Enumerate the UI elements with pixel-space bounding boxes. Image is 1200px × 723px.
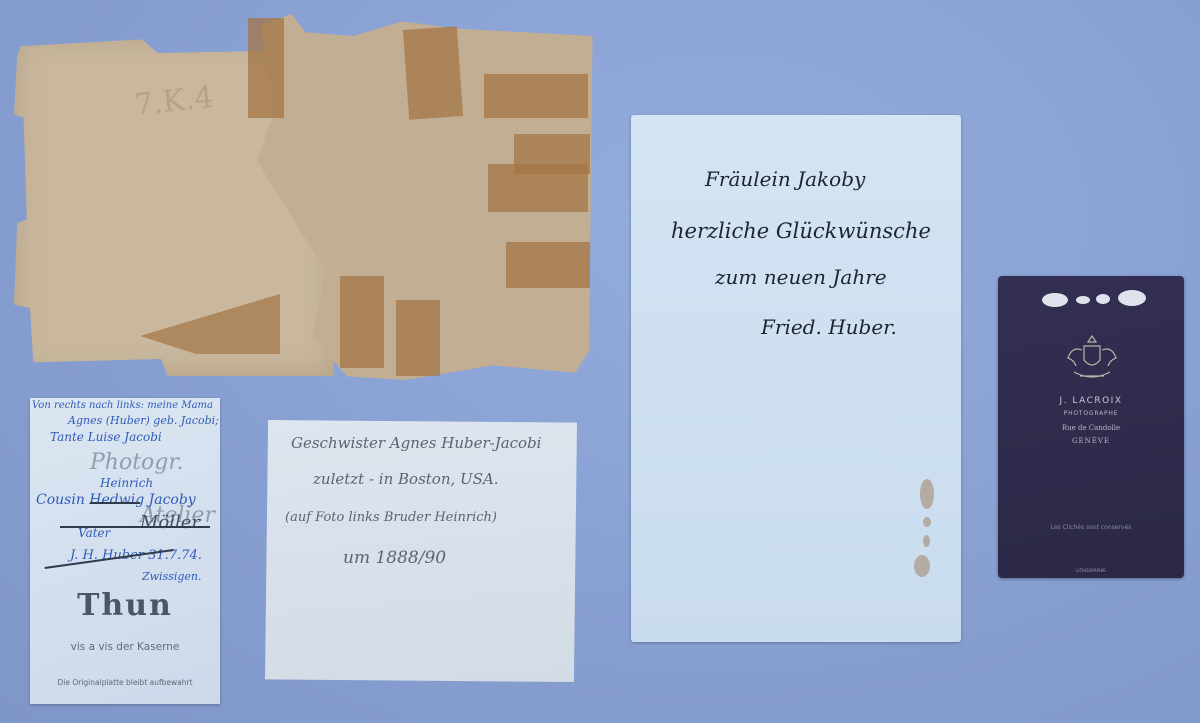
- printed-address: vis a vis der Kaserne: [30, 641, 220, 653]
- stain: [914, 555, 930, 577]
- stain: [923, 535, 930, 547]
- stain: [923, 517, 931, 527]
- handwriting-line: Heinrich: [100, 476, 153, 490]
- letter-line: zum neuen Jahre: [715, 265, 887, 289]
- paper-loss: [1042, 293, 1068, 307]
- studio-street: Rue de Candolle: [998, 424, 1184, 432]
- letter-line: herzliche Glückwünsche: [671, 219, 931, 243]
- printed-photogr: Photogr.: [90, 450, 183, 475]
- printer-mark: LITHOGRAPHIE: [998, 568, 1184, 573]
- handwriting-line: Von rechts nach links: meine Mama: [32, 400, 213, 411]
- paper-loss: [1118, 290, 1146, 306]
- tape-strip: [488, 164, 588, 212]
- note-line: zuletzt - in Boston, USA.: [313, 470, 499, 488]
- handwriting-line: Agnes (Huber) geb. Jacobi;: [68, 414, 219, 427]
- coat-of-arms-icon: [1062, 332, 1122, 384]
- studio-city: GENÈVE: [998, 437, 1184, 445]
- printed-notice: Die Originalplatte bleibt aufbewahrt: [30, 678, 220, 687]
- handwritten-note: Geschwister Agnes Huber-Jacobi zuletzt -…: [265, 420, 577, 682]
- studio-name: J. LACROIX: [998, 396, 1184, 406]
- stain: [920, 479, 934, 509]
- handwriting-line: Cousin Hedwig Jacoby: [36, 492, 196, 508]
- handwriting-line: Zwissigen.: [142, 570, 202, 583]
- printed-studio-name-struck: Möller: [140, 512, 200, 533]
- printed-city: Thun: [30, 588, 220, 623]
- tape-strip: [340, 276, 384, 368]
- note-line: Geschwister Agnes Huber-Jacobi: [291, 434, 541, 452]
- letter-line: Fried. Huber.: [761, 315, 897, 339]
- photo-card-lacroix: J. LACROIX PHOTOGRAPHE Rue de Candolle G…: [998, 276, 1184, 578]
- tape-strip: [484, 74, 588, 118]
- tape-strip: [248, 18, 284, 118]
- torn-envelope: 7.K.4: [14, 14, 596, 380]
- note-line: um 1888/90: [343, 548, 446, 568]
- handwriting-line: Vater: [78, 526, 110, 540]
- note-line: (auf Foto links Bruder Heinrich): [285, 510, 497, 525]
- letter-line: Fräulein Jakoby: [705, 167, 865, 191]
- paper-loss: [1096, 294, 1110, 304]
- studio-footer: Les Clichés sont conservés: [998, 524, 1184, 531]
- handwriting-line: Tante Luise Jacobi: [50, 430, 162, 444]
- strike-line: [90, 502, 140, 504]
- tape-strip: [396, 300, 440, 376]
- studio-title: PHOTOGRAPHE: [998, 410, 1184, 417]
- paper-loss: [1076, 296, 1090, 304]
- photo-card-thun: Photogr. Atelier Von rechts nach links: …: [30, 398, 220, 704]
- tape-strip: [506, 242, 590, 288]
- tape-strip: [403, 26, 463, 120]
- greeting-card: Fräulein Jakoby herzliche Glückwünsche z…: [631, 115, 961, 642]
